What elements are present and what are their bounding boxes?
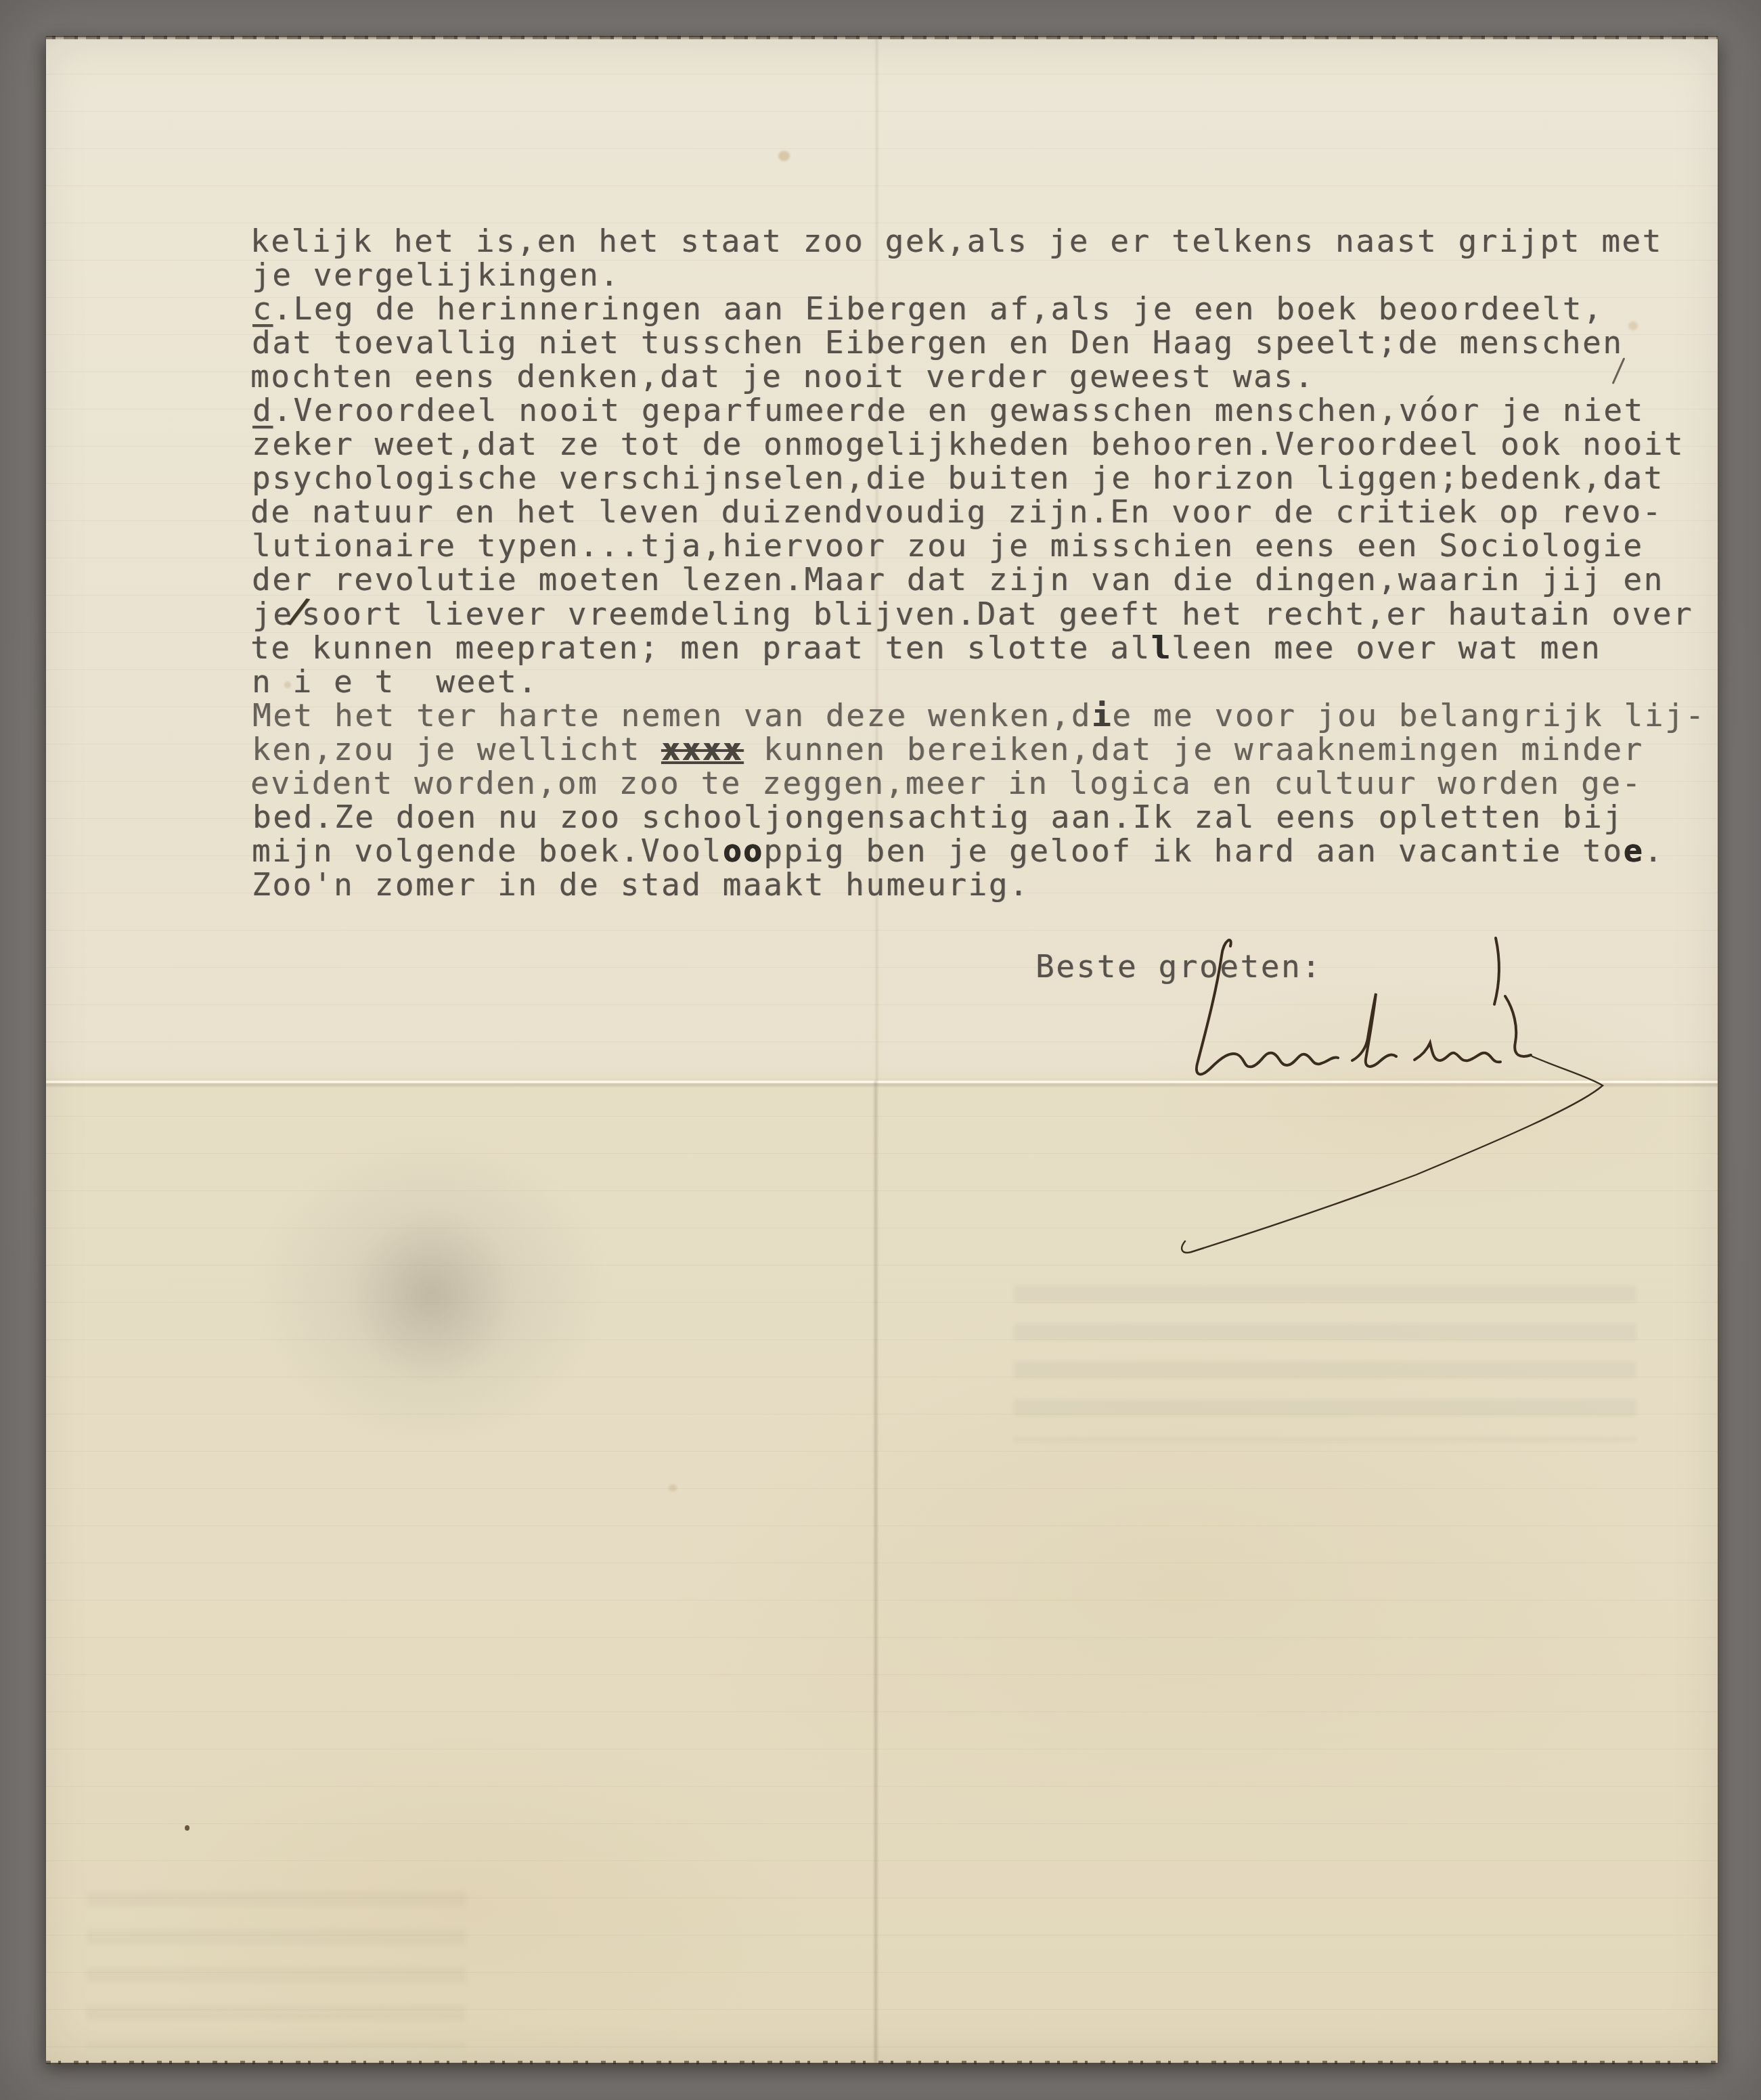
typed-line: d.Veroordeel nooit geparfumeerde en gewa… [252,393,1728,427]
typed-line: psychologische verschijnselen,die buiten… [252,461,1727,495]
letter-page: kelijk het is,en het staat zoo gek,als j… [46,37,1718,2063]
typed-line: mochten eens denken,dat je nooit verder … [250,359,1726,393]
typed-line: je vergelijkingen. [252,258,1727,292]
typed-line: te kunnen meepraten; men praat ten slott… [250,631,1726,665]
signature [1117,893,1631,1313]
signature-script [1197,940,1338,1074]
typed-line: lutionaire typen...tja,hiervoor zou je m… [252,529,1727,562]
typed-line: zeker weet,dat ze tot de onmogelijkheden… [252,427,1727,461]
typed-line: mijn volgende boek.Voolooppig ben je gel… [252,834,1727,868]
stain [778,151,790,161]
stain [669,1484,677,1492]
typed-line: evident worden,om zoo te zeggen,meer in … [250,766,1726,800]
signature-final-s [1505,996,1531,1056]
ghost-impression [87,1892,466,2047]
typed-line: bed.Ze doen nu zoo schooljongensachtig a… [252,800,1728,834]
scan-background: kelijk het is,en het staat zoo gek,als j… [0,0,1761,2100]
typed-line: n i e t weet. [252,665,1727,698]
signature-tall-stroke [1494,938,1499,1004]
typed-line: ken,zou je wellicht xxxx kunnen bereiken… [252,732,1727,766]
typed-line: dat toevallig niet tusschen Eibergen en … [252,326,1727,359]
signature-script [1414,1043,1500,1062]
typed-line: kelijk het is,en het staat zoo gek,als j… [250,224,1726,258]
signature-script [1352,993,1396,1067]
typed-line: der revolutie moeten lezen.Maar dat zijn… [252,562,1727,596]
stain [185,1825,190,1831]
typed-line: de natuur en het leven duizendvoudig zij… [250,495,1726,529]
typed-line: Met het ter harte nemen van deze wenken,… [252,698,1728,732]
vertical-fold-crease-lower [873,1081,878,2063]
stain [347,1208,516,1384]
signature-flourish-tail [1182,1056,1603,1253]
typed-text: kelijk het is,en het staat zoo gek,als j… [252,224,1727,901]
typed-line: je/soort liever vreemdeling blijven.Dat … [252,596,1728,631]
typed-line: c.Leg de herinneringen aan Eibergen af,a… [252,292,1728,326]
